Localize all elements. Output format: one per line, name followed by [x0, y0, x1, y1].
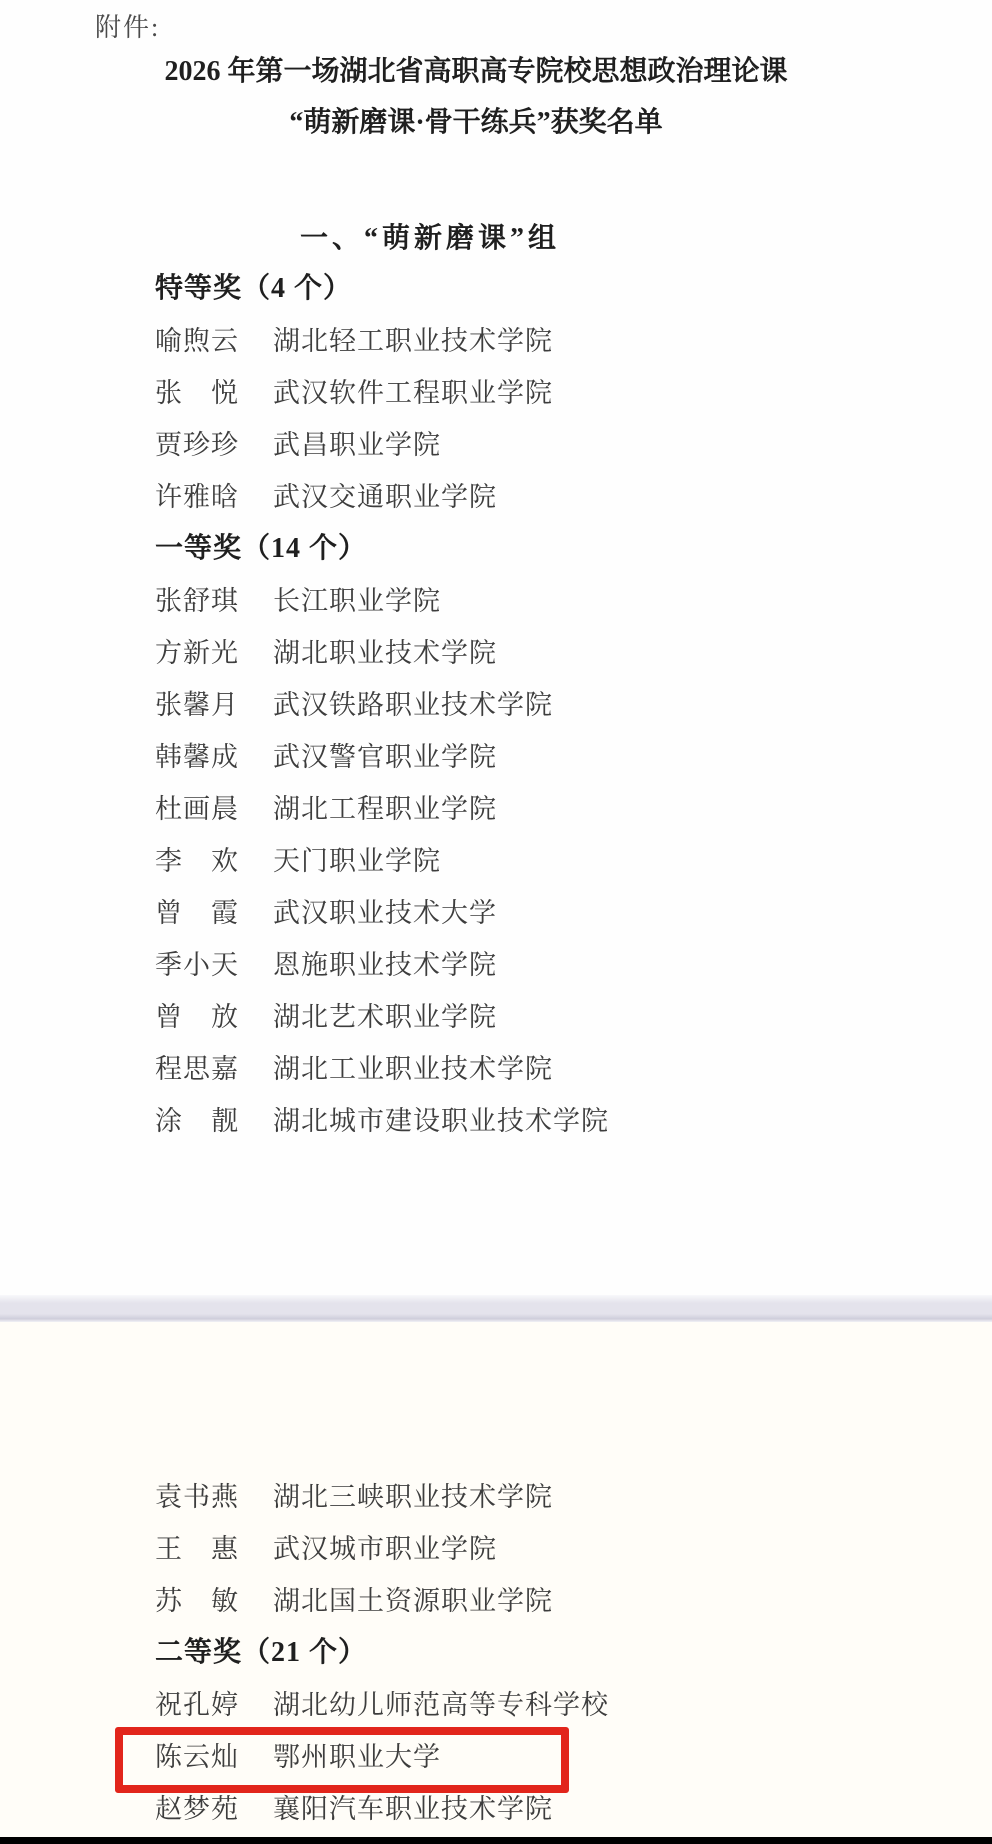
award-row: 贾珍珍武昌职业学院: [155, 419, 992, 471]
winner-name: 曾 霞: [155, 887, 273, 939]
document-page-2: 袁书燕湖北三峡职业技术学院 王 惠武汉城市职业学院 苏 敏湖北国土资源职业学院 …: [0, 1322, 992, 1844]
winner-school: 湖北工程职业学院: [273, 794, 497, 824]
winner-school: 鄂州职业大学: [273, 1742, 441, 1772]
award-row: 张舒琪长江职业学院: [155, 575, 992, 627]
award-list-page1: 特等奖（4 个） 喻煦云湖北轻工职业技术学院 张 悦武汉软件工程职业学院 贾珍珍…: [155, 263, 992, 1147]
winner-school: 武汉软件工程职业学院: [273, 378, 553, 408]
second-prize-rows: 祝孔婷湖北幼儿师范高等专科学校 陈云灿鄂州职业大学 赵梦苑襄阳汽车职业技术学院: [155, 1679, 992, 1835]
page-gap-divider: [0, 1295, 992, 1322]
document-page-1: 附件: 2026 年第一场湖北省高职高专院校思想政治理论课 “萌新磨课·骨干练兵…: [0, 0, 992, 1295]
award-row: 程思嘉湖北工业职业技术学院: [155, 1043, 992, 1095]
award-list-page2: 袁书燕湖北三峡职业技术学院 王 惠武汉城市职业学院 苏 敏湖北国土资源职业学院 …: [155, 1471, 992, 1835]
special-prize-rows: 喻煦云湖北轻工职业技术学院 张 悦武汉软件工程职业学院 贾珍珍武昌职业学院 许雅…: [155, 315, 992, 523]
winner-name: 张舒琪: [155, 575, 273, 627]
document-title-line2: “萌新磨课·骨干练兵”获奖名单: [0, 106, 952, 140]
winner-name: 苏 敏: [155, 1575, 273, 1627]
winner-name: 贾珍珍: [155, 419, 273, 471]
winner-school: 湖北幼儿师范高等专科学校: [273, 1690, 609, 1720]
prize-heading-second: 二等奖（21 个）: [155, 1627, 992, 1679]
award-row: 苏 敏湖北国土资源职业学院: [155, 1575, 992, 1627]
prize-heading-special: 特等奖（4 个）: [155, 263, 992, 315]
winner-school: 湖北城市建设职业技术学院: [273, 1106, 609, 1136]
award-row: 陈云灿鄂州职业大学: [155, 1731, 992, 1783]
winner-name: 杜画晨: [155, 783, 273, 835]
screenshot-bottom-bar: [0, 1837, 992, 1844]
winner-name: 祝孔婷: [155, 1679, 273, 1731]
winner-school: 武汉职业技术大学: [273, 898, 497, 928]
award-row: 季小天恩施职业技术学院: [155, 939, 992, 991]
winner-name: 袁书燕: [155, 1471, 273, 1523]
award-row: 张馨月武汉铁路职业技术学院: [155, 679, 992, 731]
winner-school: 湖北国土资源职业学院: [273, 1586, 553, 1616]
winner-name: 涂 靓: [155, 1095, 273, 1147]
winner-school: 天门职业学院: [273, 846, 441, 876]
award-row: 方新光湖北职业技术学院: [155, 627, 992, 679]
winner-school: 武汉警官职业学院: [273, 742, 497, 772]
winner-school: 武汉城市职业学院: [273, 1534, 497, 1564]
winner-name: 季小天: [155, 939, 273, 991]
winner-name: 赵梦苑: [155, 1783, 273, 1835]
winner-school: 长江职业学院: [273, 586, 441, 616]
award-row: 涂 靓湖北城市建设职业技术学院: [155, 1095, 992, 1147]
winner-school: 武汉铁路职业技术学院: [273, 690, 553, 720]
winner-name: 李 欢: [155, 835, 273, 887]
winner-name: 曾 放: [155, 991, 273, 1043]
winner-school: 武昌职业学院: [273, 430, 441, 460]
winner-name: 陈云灿: [155, 1731, 273, 1783]
award-row: 杜画晨湖北工程职业学院: [155, 783, 992, 835]
section-heading-group1: 一、“萌新磨课”组: [0, 222, 860, 256]
winner-name: 张馨月: [155, 679, 273, 731]
award-row: 曾 霞武汉职业技术大学: [155, 887, 992, 939]
winner-name: 王 惠: [155, 1523, 273, 1575]
award-row: 李 欢天门职业学院: [155, 835, 992, 887]
first-prize-rows-page1: 张舒琪长江职业学院 方新光湖北职业技术学院 张馨月武汉铁路职业技术学院 韩馨成武…: [155, 575, 992, 1147]
winner-school: 湖北工业职业技术学院: [273, 1054, 553, 1084]
winner-school: 恩施职业技术学院: [273, 950, 497, 980]
award-row: 许雅晗武汉交通职业学院: [155, 471, 992, 523]
first-prize-rows-page2: 袁书燕湖北三峡职业技术学院 王 惠武汉城市职业学院 苏 敏湖北国土资源职业学院: [155, 1471, 992, 1627]
winner-name: 许雅晗: [155, 471, 273, 523]
award-row: 张 悦武汉软件工程职业学院: [155, 367, 992, 419]
award-row: 喻煦云湖北轻工职业技术学院: [155, 315, 992, 367]
winner-name: 程思嘉: [155, 1043, 273, 1095]
winner-school: 湖北艺术职业学院: [273, 1002, 497, 1032]
winner-school: 湖北职业技术学院: [273, 638, 497, 668]
award-row: 曾 放湖北艺术职业学院: [155, 991, 992, 1043]
award-row: 袁书燕湖北三峡职业技术学院: [155, 1471, 992, 1523]
prize-heading-first: 一等奖（14 个）: [155, 523, 992, 575]
award-row: 王 惠武汉城市职业学院: [155, 1523, 992, 1575]
attachment-label: 附件:: [95, 12, 160, 44]
award-row: 祝孔婷湖北幼儿师范高等专科学校: [155, 1679, 992, 1731]
winner-name: 张 悦: [155, 367, 273, 419]
winner-school: 武汉交通职业学院: [273, 482, 497, 512]
winner-school: 襄阳汽车职业技术学院: [273, 1794, 553, 1824]
winner-name: 喻煦云: [155, 315, 273, 367]
winner-school: 湖北三峡职业技术学院: [273, 1482, 553, 1512]
award-row: 赵梦苑襄阳汽车职业技术学院: [155, 1783, 992, 1835]
winner-name: 方新光: [155, 627, 273, 679]
winner-school: 湖北轻工职业技术学院: [273, 326, 553, 356]
award-row: 韩馨成武汉警官职业学院: [155, 731, 992, 783]
winner-name: 韩馨成: [155, 731, 273, 783]
document-title-line1: 2026 年第一场湖北省高职高专院校思想政治理论课: [0, 55, 952, 89]
